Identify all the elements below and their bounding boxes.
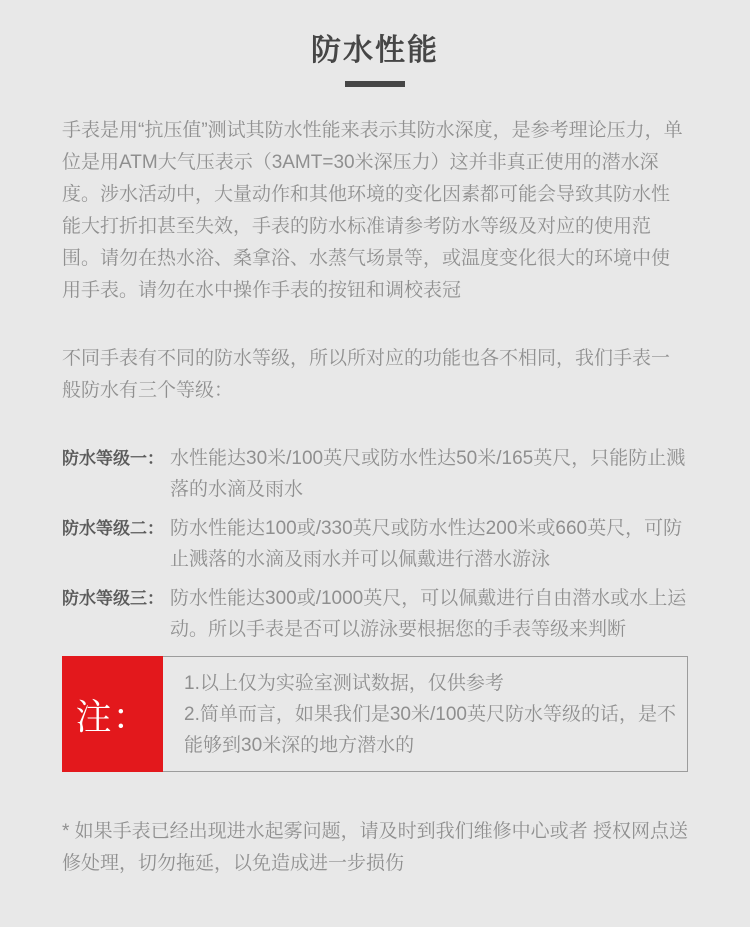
water-resistance-info-page: 防水性能 手表是用“抗压值”测试其防水性能来表示其防水深度，是参考理论压力，单位… bbox=[0, 0, 750, 927]
level-2-label: 防水等级二： bbox=[62, 513, 170, 575]
content-area: 手表是用“抗压值”测试其防水性能来表示其防水深度，是参考理论压力，单位是用ATM… bbox=[0, 115, 750, 880]
level-1-label: 防水等级一： bbox=[62, 443, 170, 505]
note-box: 注： 1.以上仅为实验室测试数据，仅供参考 2.简单而言，如果我们是30米/10… bbox=[62, 656, 688, 772]
level-2-description: 防水性能达100或/330英尺或防水性达200米或660英尺，可防止溅落的水滴及… bbox=[170, 513, 688, 575]
level-row-1: 防水等级一： 水性能达30米/100英尺或防水性达50米/165英尺，只能防止溅… bbox=[62, 443, 688, 505]
note-line-1: 1.以上仅为实验室测试数据，仅供参考 bbox=[184, 668, 677, 699]
water-resistance-levels-list: 防水等级一： 水性能达30米/100英尺或防水性达50米/165英尺，只能防止溅… bbox=[62, 443, 688, 645]
level-3-description: 防水性能达300或/1000英尺，可以佩戴进行自由潜水或水上运动。所以手表是否可… bbox=[170, 583, 688, 645]
title-underline bbox=[345, 81, 405, 87]
footer-disclaimer: * 如果手表已经出现进水起雾问题，请及时到我们维修中心或者 授权网点送修处理，切… bbox=[62, 816, 688, 880]
level-row-3: 防水等级三： 防水性能达300或/1000英尺，可以佩戴进行自由潜水或水上运动。… bbox=[62, 583, 688, 645]
note-body: 1.以上仅为实验室测试数据，仅供参考 2.简单而言，如果我们是30米/100英尺… bbox=[163, 657, 687, 771]
level-1-description: 水性能达30米/100英尺或防水性达50米/165英尺，只能防止溅落的水滴及雨水 bbox=[170, 443, 688, 505]
level-row-2: 防水等级二： 防水性能达100或/330英尺或防水性达200米或660英尺，可防… bbox=[62, 513, 688, 575]
page-title: 防水性能 bbox=[0, 0, 750, 69]
levels-intro-paragraph: 不同手表有不同的防水等级，所以所对应的功能也各不相同，我们手表一般防水有三个等级… bbox=[62, 343, 688, 407]
note-badge: 注： bbox=[62, 656, 163, 772]
note-line-2: 2.简单而言，如果我们是30米/100英尺防水等级的话，是不能够到30米深的地方… bbox=[184, 699, 677, 761]
intro-paragraph: 手表是用“抗压值”测试其防水性能来表示其防水深度，是参考理论压力，单位是用ATM… bbox=[62, 115, 688, 307]
level-3-label: 防水等级三： bbox=[62, 583, 170, 645]
